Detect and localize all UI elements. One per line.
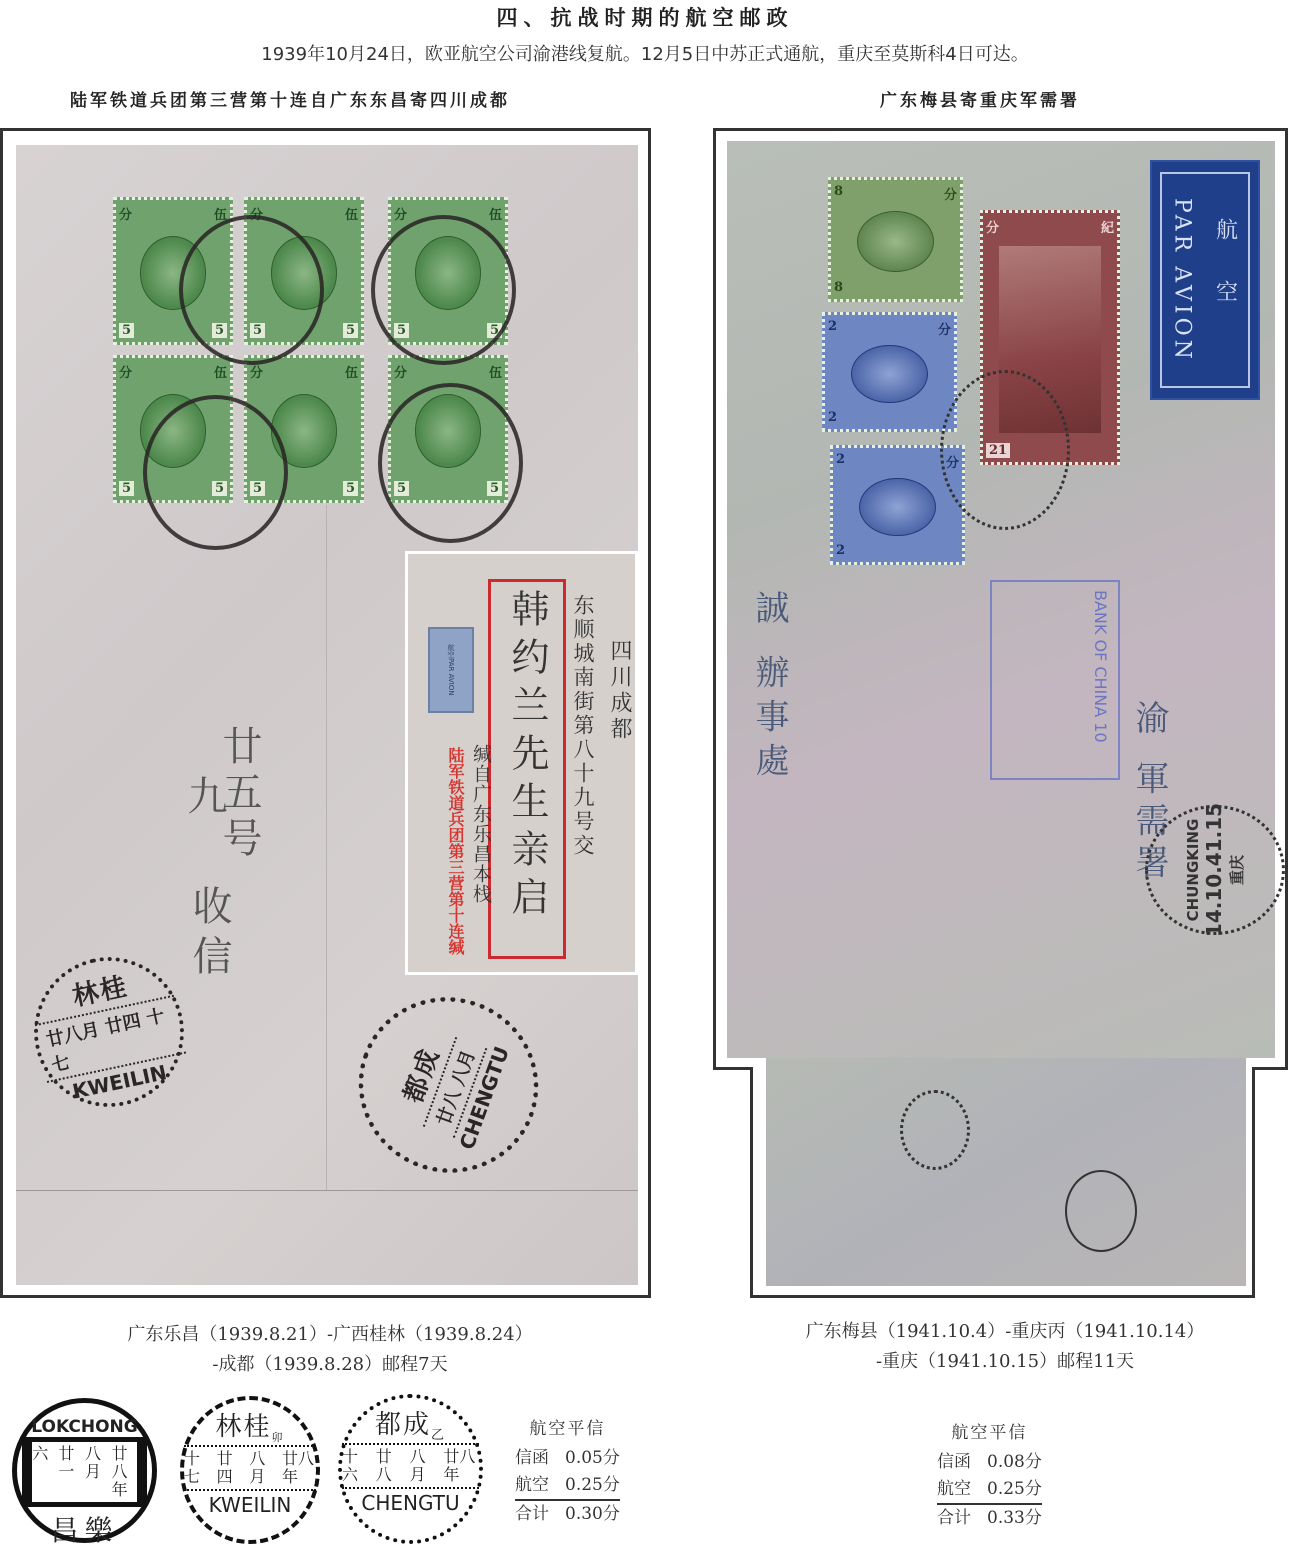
airmail-label: 航空 PAR AVION (428, 627, 474, 713)
recipient-name: 韩约兰先生亲启 (503, 589, 551, 925)
bank-of-china-stamp: BANK OF CHINA 10 (990, 580, 1120, 780)
transit-postmark (900, 1090, 970, 1170)
recipient-city: 四川成都 (604, 639, 635, 743)
sender-unit: 陆军铁道兵团第三营第十连缄 (444, 747, 467, 955)
envelope-fold-line (16, 1190, 638, 1191)
left-route-description: 广东乐昌（1939.8.21）-广西桂林（1939.8.24） -成都（1939… (40, 1320, 620, 1380)
cancellation-mark (179, 215, 324, 365)
right-cover-caption: 广东梅县寄重庆军需署 (880, 86, 1080, 111)
right-route-description: 广东梅县（1941.10.4）-重庆丙（1941.10.14） -重庆（1941… (735, 1317, 1275, 1377)
page-subtitle: 1939年10月24日，欧亚航空公司渝港线复航。12月5日中苏正式通航，重庆至莫… (0, 40, 1290, 66)
origin-postmark (940, 370, 1070, 530)
handwritten-note: 收信 (181, 885, 238, 985)
handwritten-note: 九 (176, 775, 233, 815)
frame-step (713, 1067, 753, 1070)
postmark-lokchong-drawing: LOKCHONG 六 廿一 八月 廿八年 昌樂 (12, 1398, 157, 1543)
page-title: 四、抗战时期的航空邮政 (0, 2, 1290, 32)
airmail-label-par-avion: PAR AVION 航空 (1150, 160, 1260, 400)
inset-envelope-front: 航空 PAR AVION 韩约兰先生亲启 东顺城南街第八十九号交 四川成都 缄自… (405, 551, 638, 975)
recipient-address: 东顺城南街第八十九号交 (568, 594, 598, 858)
receiving-postmark (1065, 1170, 1137, 1252)
handwritten-address: 誠 辦事處 (745, 590, 794, 787)
portrait-icon (859, 478, 935, 536)
portrait-icon (851, 345, 927, 403)
postmark-chengtu-drawing: 都成乙 十六 廿八 八月 廿八年 CHENGTU (338, 1394, 483, 1544)
postmark-kweilin: 林桂 廿八月 廿四 十七 KWEILIN (20, 943, 198, 1121)
sender-note: 缄自广东乐昌本栈 (468, 744, 495, 904)
right-envelope-back (766, 1058, 1246, 1286)
stamp-2-fen: 2分 2 (822, 312, 957, 432)
left-cover-frame: 分伍 55 分伍 55 分伍 55 分伍 55 分伍 55 分伍 55 (0, 128, 651, 1298)
stamp-8-fen: 8分 8 (828, 177, 963, 302)
frame-step (1252, 1067, 1288, 1070)
left-postage-rate: 航空平信 信函0.05分 航空0.25分 合计0.30分 (515, 1414, 620, 1528)
postmark-kweilin-drawing: 林桂卯 十七 廿四 八月 廿八年 KWEILIN (180, 1396, 320, 1544)
cancellation-mark (378, 383, 523, 543)
cancellation-mark (143, 395, 288, 550)
left-cover-caption: 陆军铁道兵团第三营第十连自广东东昌寄四川成都 (70, 86, 510, 111)
portrait-icon (857, 211, 933, 272)
postmark-chengtu: 都成 廿八 八月 CHENGTU (334, 972, 563, 1198)
envelope-seam (326, 505, 327, 1190)
postmark-chungking: CHUNGKING 14.10.41.15 重庆 (1145, 805, 1285, 935)
cancellation-mark (371, 215, 516, 365)
right-postage-rate: 航空平信 信函0.08分 航空0.25分 合计0.33分 (937, 1418, 1042, 1532)
